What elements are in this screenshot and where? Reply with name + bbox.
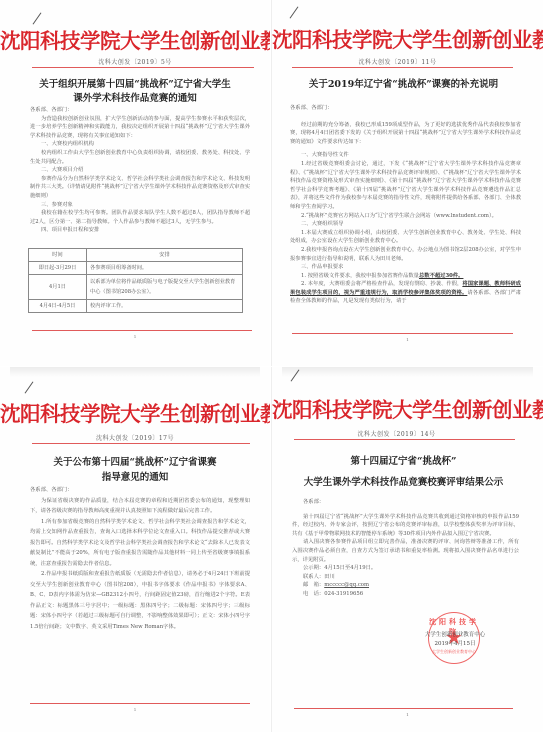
section-heading: 二、大赛项目介绍: [30, 166, 250, 175]
email-link[interactable]: mccccc@qq.com: [324, 582, 369, 588]
org-header: 沈阳科技学院大学生创新创业教育中心: [0, 24, 270, 54]
table-header-row: 时间 安排: [29, 249, 243, 262]
page-number: 1: [0, 334, 270, 339]
page-number: 1: [272, 337, 543, 342]
org-header: 沈阳科技学院大学生创新创业教育中心: [0, 397, 270, 427]
document-notice-17: 沈阳科技学院大学生创新创业教育中心 沈科大创发〔2019〕17号 关于公布第十四…: [0, 367, 270, 732]
document-notice-11: 沈阳科技学院大学生创新创业教育中心 沈科大创发〔2019〕11号 关于2019年…: [271, 0, 543, 366]
section-heading: 三、作品申报要求: [290, 263, 521, 272]
section-heading: 一、大赛校内组织机构: [30, 140, 250, 149]
schedule-table: 时间 安排 即日起-3月29日 各参赛项目组筹备时间。 4月1日 以系部为单位将…: [28, 248, 243, 313]
paragraph: 1.本届大赛成立组织协调小组，由校团委、大学生创新创业教育中心、教务处、学生处、…: [290, 229, 521, 246]
section-heading: 三、参赛对象: [30, 201, 250, 210]
table-cell: 4月4日-4月5日: [29, 300, 87, 313]
doc-body: 各系部、各部门： 为保证省级决赛的作品质量，结合本届竞赛的章程和近期团省委公布的…: [30, 485, 250, 632]
paragraph: 第十四届辽宁省“挑战杯”大学生课外学术科技作品竞赛共收到通过资格审核的申报作品1…: [292, 513, 519, 539]
pen-mark: [290, 6, 299, 18]
footer-rule: [32, 330, 252, 331]
paragraph: 2.作品申报书纸质版和查重报告纸质版（无需隐去作者信息），请务必于4月24日下班…: [30, 569, 250, 632]
table-row: 4月1日 以系部为单位将作品纸质版与电子版提交至大学生创新创业教育中心（图书馆2…: [29, 275, 243, 300]
contact-phone: 电 话：024-31919656: [292, 590, 519, 599]
section-heading: 一、大赛指导性文件: [290, 151, 521, 160]
footer-rule: [292, 333, 513, 334]
table-cell: 校内评审工作。: [87, 300, 243, 313]
paragraph: 经过前期的充分筹备，我校已形成159项成型作品，为了更好的选拔优秀作品代表我校参…: [290, 121, 521, 147]
red-rule: [294, 439, 515, 440]
doc-number: 沈科大创发〔2019〕14号: [271, 429, 543, 438]
signature-date: 2019年4月15日: [410, 640, 500, 649]
document-notice-5: 沈阳科技学院大学生创新创业教育中心 沈科大创发〔2019〕5号 关于组织开展第十…: [0, 0, 270, 366]
contact-email: 邮 箱：mccccc@qq.com: [292, 581, 519, 590]
table-cell: 以系部为单位将作品纸质版与电子版提交至大学生创新创业教育中心（图书馆208办公室…: [87, 275, 243, 300]
doc-title: 关于2019年辽宁省“挑战杯”课赛的补充说明: [271, 78, 543, 92]
publicity-period: 公示期：4月15日至4月19日。: [292, 564, 519, 573]
contact-person: 联系人：田川: [292, 573, 519, 582]
pen-mark: [291, 369, 300, 381]
table-cell: 即日起-3月29日: [29, 262, 87, 275]
doc-number: 沈科大创发〔2019〕11号: [271, 57, 543, 66]
table-header: 安排: [87, 249, 243, 262]
doc-title-line-1: 关于组织开展第十四届“挑战杯”辽宁省大学生: [0, 78, 270, 92]
paragraph: 1. 按照省级文件要求，我校申报参加省赛作品数量总数不超过30件。: [290, 272, 521, 281]
paragraph: 2.我校申报咨询点设在大学生创新创业教育中心，办公地点为图书馆2层208办公室，…: [290, 246, 521, 263]
doc-body: 各系部： 第十四届辽宁省“挑战杯”大学生课外学术科技作品竞赛共收到通过资格审核的…: [292, 498, 519, 599]
table-cell: 4月1日: [29, 275, 87, 300]
pen-mark: [25, 381, 34, 393]
page-number: 1: [272, 712, 543, 717]
table-row: 4月4日-4月5日 校内评审工作。: [29, 300, 243, 313]
table-cell: 各参赛项目组筹备时间。: [87, 262, 243, 275]
paragraph: 为保证省级决赛的作品质量，结合本届竞赛的章程和近期团省委公布的通知，现整理如下，…: [30, 496, 250, 517]
doc-number: 沈科大创发〔2019〕5号: [0, 57, 270, 66]
footer-rule: [294, 708, 513, 709]
doc-title-line-1: 第十四届辽宁省“挑战杯”: [271, 455, 543, 469]
paragraph: 1.所有参加省级竞赛的自然科学类学术论文、哲学社会科学类社会调查报告和学术论文，…: [30, 517, 250, 570]
paragraph: 请入围决赛各参赛作品项目组立即完善作品，准备决赛的评审、问询答辩等准备工作，所有…: [292, 538, 519, 564]
paragraph: 我校在籍在校学生均可参赛。团队作品要求每队学生人数不超过8人，团队指导教师不超过…: [30, 209, 250, 226]
document-notice-14: 沈阳科技学院大学生创新创业教育中心 沈科大创发〔2019〕14号 第十四届辽宁省…: [271, 367, 543, 732]
doc-body: 各系部、各部门： 经过前期的充分筹备，我校已形成159项成型作品，为了更好的选拔…: [290, 104, 521, 306]
red-rule: [32, 443, 250, 444]
salutation: 各系部、各部门：: [30, 485, 250, 496]
doc-title-line-1: 关于公布第十四届“挑战杯”辽宁省课赛: [0, 456, 270, 470]
org-header: 沈阳科技学院大学生创新创业教育中心: [272, 23, 543, 53]
section-heading: 四、项目申报日程和安排: [30, 226, 250, 235]
underlined-emphasis: 总数不超过30件。: [419, 273, 463, 279]
paragraph: 校内组织工作由大学生创新创业教育中心负责组织协调，请校团委、教务处、科技处、学生…: [30, 149, 250, 166]
doc-number: 沈科大创发〔2019〕17号: [0, 433, 270, 442]
doc-title-line-2: 大学生课外学术科技作品竞赛校赛评审结果公示: [271, 476, 543, 490]
paragraph: 2. 本年度，大赛组委会将严格检查作品，发现有剽窃、抄袭、作假，将国家课题、教师…: [290, 280, 521, 306]
signature-block: 大学生创新创业教育中心 2019年4月15日: [410, 631, 500, 649]
doc-body: 各系部、各部门： 为营造我校创新创业氛围，扩大学生创新活动的参与面，提高学生参赛…: [30, 106, 250, 235]
salutation: 各系部、各部门：: [30, 106, 250, 115]
org-header: 沈阳科技学院大学生创新创业教育中心: [272, 393, 543, 423]
salutation: 各系部：: [292, 498, 519, 507]
red-rule: [292, 67, 513, 68]
paragraph: 为营造我校创新创业氛围，扩大学生创新活动的参与面，提高学生参赛水平和获奖层次，进…: [30, 115, 250, 141]
paragraph: 1.经过省级竞赛组委会讨论，通过，下发《“挑战杯”辽宁省大学生课外学术科技作品竞…: [290, 160, 521, 212]
pen-mark: [33, 12, 42, 24]
table-row: 即日起-3月29日 各参赛项目组筹备时间。: [29, 262, 243, 275]
doc-title-line-2: 指导意见的通知: [0, 471, 270, 485]
footer-rule: [30, 703, 250, 704]
section-heading: 二、大赛组织领导: [290, 220, 521, 229]
salutation: 各系部、各部门：: [290, 104, 521, 113]
red-rule: [32, 67, 254, 68]
page-number: 1: [0, 707, 270, 712]
table-header: 时间: [29, 249, 87, 262]
paragraph: 2.“挑战杯”竞赛官方网站入口为“辽宁省学生联合会网站（www.lnstuden…: [290, 212, 521, 221]
seal-bottom-text: 大学生创新创业教育中心: [429, 649, 479, 655]
doc-title-line-2: 课外学术科技作品竞赛的通知: [0, 92, 270, 106]
paragraph: 参赛作品分为自然科学类学术论文、哲学社会科学类社会调查报告和学术论文、科技发明制…: [30, 175, 250, 201]
signature-org: 大学生创新创业教育中心: [410, 631, 500, 640]
